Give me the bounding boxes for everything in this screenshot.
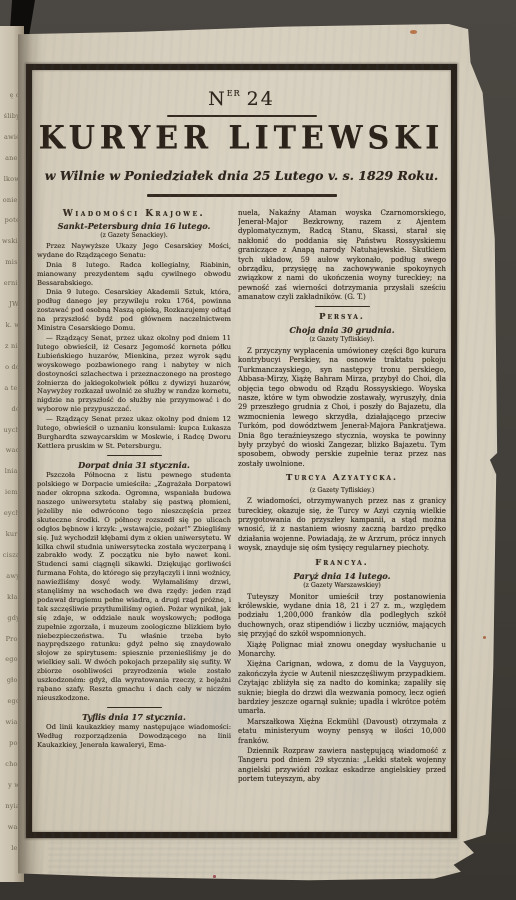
gutter-fragment: cisza — [1, 552, 20, 559]
masthead-rule-bottom — [147, 194, 337, 197]
gutter-fragment: z ni- — [1, 343, 20, 350]
paragraph-continuation: nuela, Nakaźny Ataman woyska Czarnomorsk… — [238, 208, 446, 302]
gutter-fragment: ego, — [1, 656, 20, 663]
issue-value: 24 — [247, 88, 275, 110]
gutter-fragment: onie- — [1, 197, 20, 204]
gutter-fragment: uych — [1, 427, 20, 434]
paragraph: Tuteyszy Monitor umieścił trzy postanowi… — [238, 592, 446, 639]
paragraph: Dnia 8 lutego. Radca kollegialny, Riabin… — [37, 261, 231, 288]
paragraph: Z wiadomości, otrzymywanych przez nas z … — [238, 496, 446, 552]
section-divider — [107, 455, 162, 457]
gutter-fragment: kur- — [1, 531, 20, 538]
masthead-dateline: w Wilnie w Poniedziałek dnia 25 Lutego v… — [32, 167, 451, 185]
gutter-fragment: ę o — [1, 92, 20, 99]
gutter-fragment: gło- — [1, 677, 20, 684]
reverse-side-showthrough — [48, 842, 458, 876]
rust-speck — [410, 30, 417, 34]
gutter-fragment: le- — [1, 845, 20, 852]
gutter-fragment: wski. — [1, 238, 20, 245]
paragraph: Przez Naywyższe Ukazy Jego Cesarskiey Mo… — [37, 242, 231, 260]
section-divider — [315, 306, 370, 308]
section-divider — [107, 707, 162, 709]
gutter-fragment: Pro- — [1, 636, 20, 643]
gutter-fragment: potę — [1, 217, 20, 224]
paragraph: Od linii kaukazkiey mamy następujące wia… — [37, 723, 231, 750]
gutter-fragment: k. w — [1, 322, 20, 329]
gutter-fragment: a te- — [1, 385, 20, 392]
gutter-fragment: lkow — [1, 176, 20, 183]
paragraph: Dnia 9 lutego. Cesarskiey Akademii Sztuk… — [37, 288, 231, 333]
masthead-rule-top — [167, 115, 317, 117]
article-dateline-tyflis: Tyflis dnia 17 stycznia. — [37, 712, 231, 722]
gutter-fragment: ane- — [1, 155, 20, 162]
paragraph: — Rządzący Senat, przez ukaz okolny pod … — [37, 334, 231, 414]
article-dateline-petersburg: Sankt-Petersburg dnia 16 lutego. — [37, 221, 231, 231]
gutter-fragment: o do — [1, 364, 20, 371]
paragraph: — Rządzący Senat przez ukaz okolny pod d… — [37, 415, 231, 451]
gutter-fragment: mis- — [1, 259, 20, 266]
gutter-fragment: eych — [1, 510, 20, 517]
right-column: nuela, Nakaźny Ataman woyska Czarnomorsk… — [238, 207, 446, 807]
issue-number: NER24 — [32, 82, 451, 111]
gutter-fragment: nyią — [1, 803, 20, 810]
gutter-fragment: lnia, — [1, 468, 20, 475]
gutter-fragment: cho- — [1, 761, 20, 768]
gutter-fragment: wia- — [1, 719, 20, 726]
gutter-fragment: śliby — [1, 113, 20, 120]
article-dateline-dorpat: Dorpat dnia 31 stycznia. — [37, 460, 231, 470]
paragraph: Xiążę Polignac miał znowu onegday wysłuc… — [238, 640, 446, 659]
article-dateline-choja: Choja dnia 30 grudnia. — [238, 325, 446, 335]
ink-speck — [213, 875, 216, 878]
page-border-frame: NER24 KURYER LITEWSKI w Wilnie w Poniedz… — [26, 64, 457, 838]
article-source-persya: (z Gazety Tyfliskiey). — [238, 336, 446, 344]
gutter-fragment: awić — [1, 134, 20, 141]
gutter-fragment: y w — [1, 782, 20, 789]
issue-superscript: ER — [227, 89, 241, 98]
gutter-fragment: do — [1, 406, 20, 413]
issue-prefix: N — [208, 88, 227, 110]
scanned-page-background: ę oślibyawićane-lkowonie-potęwski.mis-er… — [0, 0, 516, 900]
gutter-fragment: kła- — [1, 594, 20, 601]
gutter-fragment: awy — [1, 573, 20, 580]
gutter-fragment: gdy — [1, 615, 20, 622]
paragraph: Z przyczyny wypłacenia umówioney części … — [238, 346, 446, 468]
rust-speck — [483, 636, 486, 639]
gutter-fragment: iem, — [1, 489, 20, 496]
article-dateline-paryz: Paryż dnia 14 lutego. — [238, 571, 446, 581]
article-source-petersburg: (z Gazety Senackiey). — [37, 232, 231, 240]
paragraph: Dziennik Rozpraw zawiera następującą wia… — [238, 746, 446, 784]
gutter-fragment: JW. — [1, 301, 20, 308]
gutter-fragment: wad — [1, 447, 20, 454]
gutter-fragment: ego — [1, 698, 20, 705]
article-source-turcya: (z Gazety Tyfliskiey.) — [238, 487, 446, 495]
article-source-francya: (z Gazety Warszawskiey) — [238, 582, 446, 590]
newspaper-page: NER24 KURYER LITEWSKI w Wilnie w Poniedz… — [18, 24, 502, 882]
gutter-fragment: wa- — [1, 824, 20, 831]
section-title-wiadomosci-krajowe: Wiadomości Krajowe. — [37, 210, 231, 219]
section-title-francya: Francya. — [238, 559, 446, 568]
gutter-fragment: ernii — [1, 280, 20, 287]
gutter-fragment: po- — [1, 740, 20, 747]
masthead: NER24 KURYER LITEWSKI w Wilnie w Poniedz… — [32, 70, 451, 197]
paragraph: Pszczoła Północna z listu pewnego studen… — [37, 471, 231, 703]
section-title-turcya: Turcya Azyatycka. — [238, 474, 446, 483]
left-column: Wiadomości Krajowe. Sankt-Petersburg dni… — [37, 207, 231, 807]
paragraph: Marszałkowa Xiężna Eckmühl (Davoust) otr… — [238, 717, 446, 745]
newspaper-title: KURYER LITEWSKI — [32, 118, 451, 160]
paragraph: Xiężna Carignan, wdowa, z domu de la Vay… — [238, 659, 446, 715]
section-title-persya: Persya. — [238, 313, 446, 322]
article-columns: Wiadomości Krajowe. Sankt-Petersburg dni… — [32, 199, 451, 807]
